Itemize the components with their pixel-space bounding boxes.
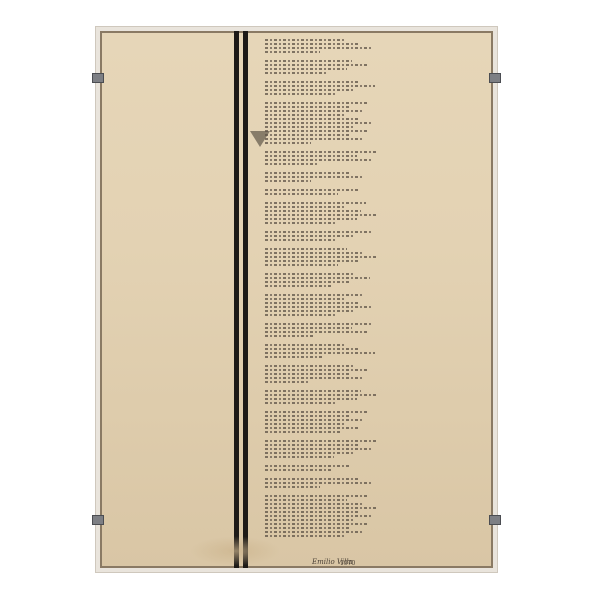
handwritten-line [265,456,334,458]
handwritten-line [265,427,360,429]
handwritten-line [265,68,347,70]
text-paragraph [265,248,378,266]
handwritten-line [265,356,322,358]
handwritten-line [265,394,376,396]
handwritten-line [265,277,370,279]
handwritten-line [265,465,351,467]
handwritten-line [265,163,318,165]
black-stripe-right [243,31,248,568]
handwritten-line [265,373,349,375]
text-paragraph [265,273,378,287]
handwritten-line [265,264,338,266]
handwritten-line [265,126,354,128]
handwritten-line [265,527,349,529]
text-paragraph [265,440,378,458]
handwritten-line [265,478,359,480]
handwritten-line [265,503,362,505]
handwritten-line [265,72,328,74]
handwritten-line [265,256,377,258]
frame-clip-bottom-left [92,515,104,525]
handwritten-line [265,260,358,262]
handwritten-line [265,486,320,488]
handwritten-line [265,365,353,367]
handwritten-line [265,85,375,87]
handwritten-line [265,419,364,421]
handwritten-line [265,235,354,237]
handwritten-line [265,81,360,83]
text-paragraph [265,60,378,74]
handwritten-line [265,352,375,354]
handwritten-line [265,93,336,95]
handwritten-line [265,252,362,254]
handwritten-line [265,110,363,112]
handwritten-line [265,448,372,450]
handwritten-line [265,102,368,104]
handwritten-line [265,507,377,509]
handwritten-line [265,214,376,216]
handwritten-line [265,444,358,446]
handwritten-line [265,159,371,161]
handwritten-line [265,402,337,404]
text-paragraph [265,495,378,538]
handwritten-line [265,39,344,41]
text-paragraph [265,323,378,337]
handwritten-line [265,381,310,383]
handwritten-line [265,431,341,433]
handwritten-line [265,142,311,144]
handwritten-line [265,515,372,517]
handwritten-line [265,239,335,241]
black-stripe-left [234,31,239,568]
handwritten-line [265,60,352,62]
text-paragraph [265,478,378,488]
handwritten-line [265,248,347,250]
handwritten-line [265,519,353,521]
handwritten-line [265,452,353,454]
handwritten-line [265,523,368,525]
handwritten-line [265,511,358,513]
text-paragraph [265,172,378,182]
handwritten-line [265,222,337,224]
handwritten-line [265,482,373,484]
handwritten-line [265,531,363,533]
handwritten-line [265,294,363,296]
frame-clip-top-left [92,73,104,83]
handwritten-line [265,172,350,174]
handwritten-line [265,151,376,153]
handwritten-text-column [265,37,378,538]
handwritten-line [265,423,345,425]
artwork-date: 1970 [340,560,355,567]
text-paragraph [265,189,378,195]
handwritten-line [265,180,311,182]
text-paragraph [265,102,378,144]
handwritten-line [265,281,351,283]
handwritten-line [265,369,368,371]
handwritten-line [265,469,332,471]
handwritten-line [265,218,357,220]
handwritten-line [265,206,346,208]
text-paragraph [265,411,378,433]
handwritten-line [265,411,369,413]
handwritten-line [265,323,371,325]
text-paragraph [265,365,378,383]
handwritten-line [265,440,377,442]
paper-stain [190,536,280,566]
text-paragraph [265,465,378,471]
handwritten-line [265,390,361,392]
handwritten-line [265,302,359,304]
frame-clip-top-right [489,73,501,83]
handwritten-line [265,122,373,124]
text-paragraph [265,390,378,404]
handwritten-line [265,327,352,329]
picture-frame: Emilio Villa 1970 [96,27,497,572]
handwritten-line [265,499,347,501]
text-paragraph [265,294,378,316]
manuscript-paper: Emilio Villa 1970 [100,31,493,568]
text-paragraph [265,202,378,224]
handwritten-line [265,285,332,287]
handwritten-line [265,130,369,132]
text-paragraph [265,151,378,165]
handwritten-line [265,231,373,233]
frame-clip-bottom-right [489,515,501,525]
handwritten-line [265,335,314,337]
handwritten-line [265,89,355,91]
handwritten-line [265,344,345,346]
handwritten-line [265,210,361,212]
text-paragraph [265,39,378,53]
handwritten-line [265,398,357,400]
handwritten-line [265,331,367,333]
handwritten-line [265,138,364,140]
handwritten-line [265,314,335,316]
handwritten-line [265,193,338,195]
handwritten-line [265,43,359,45]
handwritten-line [265,189,358,191]
handwritten-line [265,176,364,178]
handwritten-line [265,64,367,66]
handwritten-line [265,118,359,120]
handwritten-line [265,310,354,312]
text-paragraph [265,231,378,241]
handwritten-line [265,106,349,108]
handwritten-line [265,273,355,275]
handwritten-line [265,134,350,136]
handwritten-line [265,377,363,379]
handwritten-line [265,495,367,497]
handwritten-line [265,202,366,204]
handwritten-line [265,155,357,157]
handwritten-line [265,114,344,116]
handwritten-line [265,298,344,300]
text-paragraph [265,81,378,95]
handwritten-line [265,348,360,350]
handwritten-line [265,306,373,308]
text-paragraph [265,344,378,358]
handwritten-line [265,415,350,417]
handwritten-line [265,51,320,53]
handwritten-line [265,47,373,49]
